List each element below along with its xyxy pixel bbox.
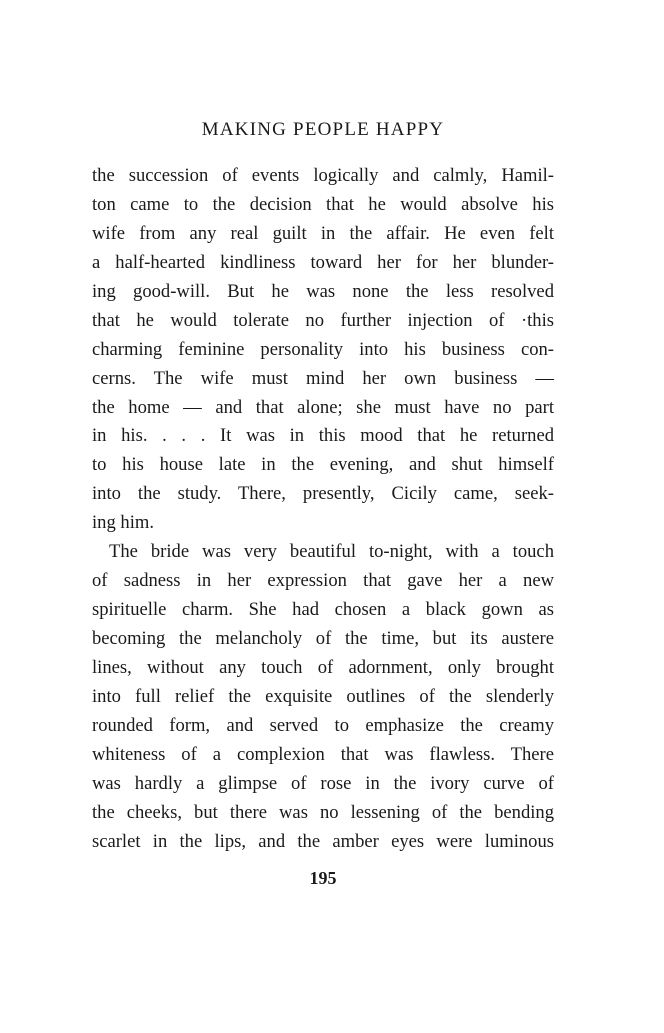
text-line: that he would tolerate no further inject… xyxy=(92,307,554,336)
text-line: a half-hearted kindliness toward her for… xyxy=(92,249,554,278)
text-line: into the study. There, presently, Cicily… xyxy=(92,480,554,509)
text-line: becoming the melancholy of the time, but… xyxy=(92,625,554,654)
text-line: the cheeks, but there was no lessening o… xyxy=(92,799,554,828)
page-number: 195 xyxy=(92,868,554,889)
text-line: cerns. The wife must mind her own busine… xyxy=(92,365,554,394)
text-line: was hardly a glimpse of rose in the ivor… xyxy=(92,770,554,799)
text-line: the succession of events logically and c… xyxy=(92,162,554,191)
text-line: wife from any real guilt in the affair. … xyxy=(92,220,554,249)
body-text: the succession of events logically and c… xyxy=(92,162,554,857)
text-line: into full relief the exquisite outlines … xyxy=(92,683,554,712)
text-line: rounded form, and served to emphasize th… xyxy=(92,712,554,741)
text-line: to his house late in the evening, and sh… xyxy=(92,451,554,480)
text-line: the home — and that alone; she must have… xyxy=(92,394,554,423)
running-head: MAKING PEOPLE HAPPY xyxy=(92,119,554,141)
text-line: ton came to the decision that he would a… xyxy=(92,191,554,220)
text-line: scarlet in the lips, and the amber eyes … xyxy=(92,828,554,857)
paragraph-end-line: ing him. xyxy=(92,509,554,538)
text-line: charming feminine personality into his b… xyxy=(92,336,554,365)
text-line: in his. . . . It was in this mood that h… xyxy=(92,422,554,451)
text-line: spirituelle charm. She had chosen a blac… xyxy=(92,596,554,625)
text-line: of sadness in her expression that gave h… xyxy=(92,567,554,596)
paragraph-start-line: The bride was very beautiful to-night, w… xyxy=(92,538,554,567)
text-line: ing good-will. But he was none the less … xyxy=(92,278,554,307)
text-line: lines, without any touch of adornment, o… xyxy=(92,654,554,683)
text-line: whiteness of a complexion that was flawl… xyxy=(92,741,554,770)
book-page: MAKING PEOPLE HAPPY the succession of ev… xyxy=(0,0,664,1033)
